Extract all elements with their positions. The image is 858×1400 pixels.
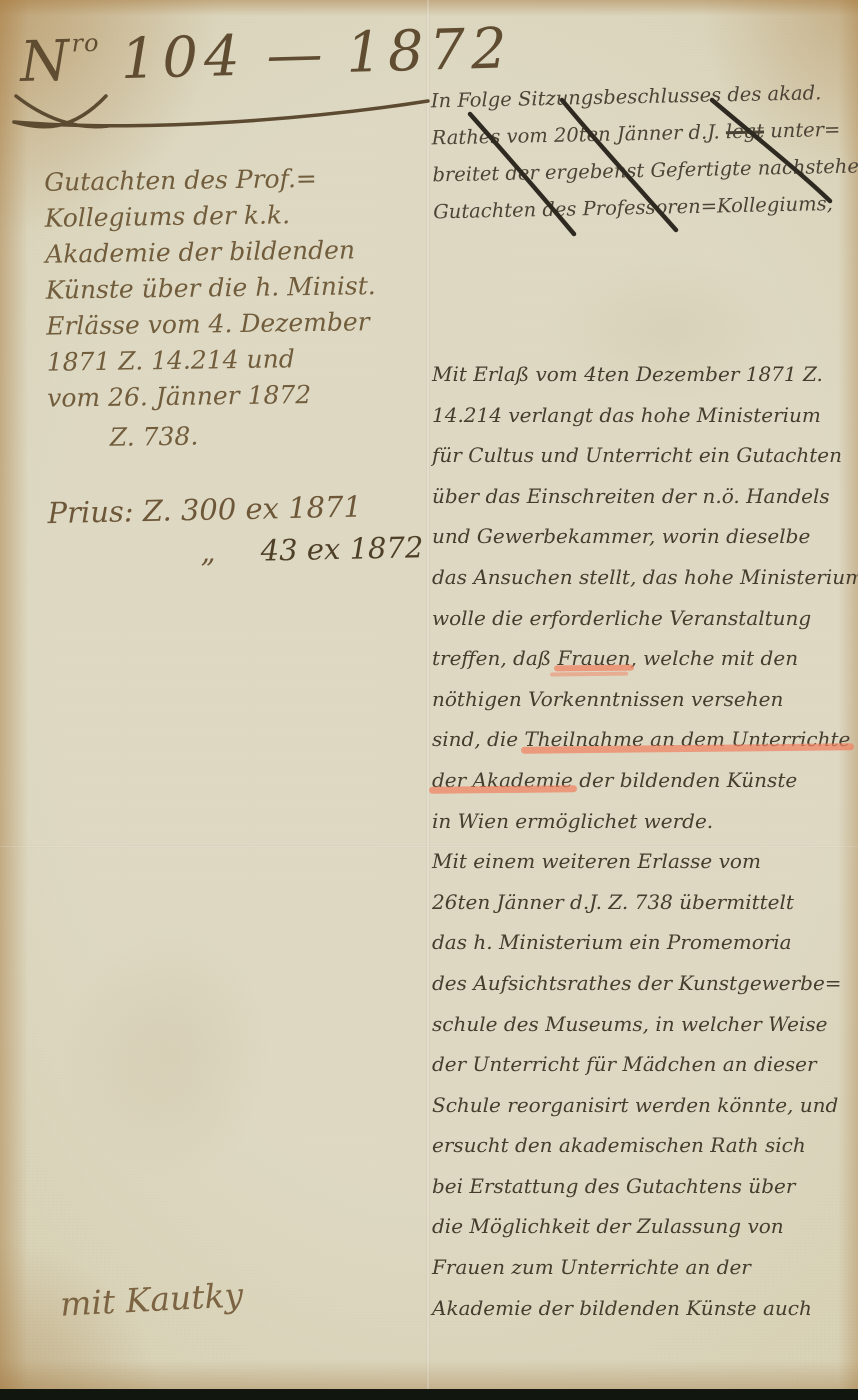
header-dash: — — [266, 21, 327, 88]
prius-value-1871: Z. 300 ex 1871 — [142, 490, 362, 529]
text-segment: der bildenden Künste — [573, 768, 797, 792]
summary-line: Erlässe vom 4. Dezember — [46, 303, 431, 344]
page-edge-shading-top — [0, 0, 858, 16]
summary-line: vom 26. Jänner 1872 — [47, 375, 432, 416]
summary-line: Künste über die h. Minist. — [45, 267, 430, 308]
signature: mit Kautky — [59, 1275, 244, 1324]
red-underlined-phrase-akademie: der Akademie — [432, 768, 573, 792]
prius-line: „ 43 ex 1872 — [48, 526, 439, 576]
text-line: und Gewerbekammer, worin dieselbe — [432, 516, 856, 557]
page-edge-shading-bottom — [0, 1360, 858, 1390]
text-segment: , welche mit den — [630, 646, 798, 670]
text-segment: sind, die — [432, 727, 524, 751]
text-line: 26ten Jänner d.J. Z. 738 übermittelt — [432, 882, 856, 923]
text-line: nöthigen Vorkenntnissen versehen — [432, 679, 856, 720]
prius-reference-block: Prius: Z. 300 ex 1871 „ 43 ex 1872 — [47, 484, 439, 576]
ditto-mark: „ — [200, 535, 216, 569]
text-line: für Cultus und Unterricht ein Gutachten — [432, 435, 856, 476]
summary-line: Gutachten des Prof.= — [44, 159, 429, 200]
struck-word: legt — [726, 119, 765, 143]
text-line: der Unterricht für Mädchen an dieser — [432, 1044, 856, 1085]
main-text-paragraph: Mit Erlaß vom 4ten Dezember 1871 Z. 14.2… — [432, 354, 856, 1328]
red-underlined-phrase-theilnahme: Theilnahme an dem Unterrichte — [524, 727, 850, 751]
summary-line: 1871 Z. 14.214 und — [46, 339, 431, 380]
crossed-note-line: Gutachten des Professoren=Kollegiums, — [433, 185, 856, 231]
text-line: des Aufsichtsrathes der Kunstgewerbe= — [432, 963, 856, 1004]
text-line: schule des Museums, in welcher Weise — [432, 1004, 856, 1045]
text-line: in Wien ermöglichet werde. — [432, 801, 856, 842]
summary-line: Akademie der bildenden — [45, 231, 430, 272]
page-bottom-edge — [0, 1389, 858, 1400]
crossed-note-segment: unter= — [764, 118, 841, 143]
text-line: Mit einem weiteren Erlasse vom — [432, 841, 856, 882]
text-line: Mit Erlaß vom 4ten Dezember 1871 Z. — [432, 354, 856, 395]
header-superscript: ro — [71, 29, 100, 58]
prius-label: Prius: — [47, 494, 134, 530]
crossed-out-note: In Folge Sitzungsbeschlusses des akad. R… — [430, 74, 855, 231]
text-line: treffen, daß Frauen, welche mit den — [432, 638, 856, 679]
left-annotation-summary: Gutachten des Prof.= Kollegiums der k.k.… — [44, 159, 433, 456]
text-line: Akademie der bildenden Künste auch — [432, 1288, 856, 1329]
red-underlined-word-frauen: Frauen — [557, 646, 630, 670]
header-prefix: N — [19, 29, 73, 95]
document-number-header: Nro 104 — 1872 — [19, 18, 451, 95]
text-line: das h. Ministerium ein Promemoria — [432, 922, 856, 963]
text-line: Frauen zum Unterrichte an der — [432, 1247, 856, 1288]
text-line: bei Erstattung des Gutachtens über — [432, 1166, 856, 1207]
text-line: ersucht den akademischen Rath sich — [432, 1125, 856, 1166]
text-line: Schule reorganisirt werden könnte, und — [432, 1085, 856, 1126]
text-line: der Akademie der bildenden Künste — [432, 760, 856, 801]
text-line: 14.214 verlangt das hohe Ministerium — [432, 395, 856, 436]
crossed-note-segment: Rathes vom 20ten Jänner d.J. — [431, 120, 726, 149]
header-underline-flourish — [14, 96, 428, 127]
manuscript-page: Nro 104 — 1872 Gutachten des Prof.= Koll… — [0, 0, 858, 1400]
summary-line: Kollegiums der k.k. — [44, 195, 429, 236]
text-line: über das Einschreiten der n.ö. Handels — [432, 476, 856, 517]
text-line: das Ansuchen stellt, das hohe Ministeriu… — [432, 557, 856, 598]
page-edge-shading-left — [0, 0, 28, 1400]
paper-stain — [60, 920, 280, 1180]
header-year: 1872 — [345, 16, 513, 86]
text-line: sind, die Theilnahme an dem Unterrichte — [432, 719, 856, 760]
text-segment: treffen, daß — [432, 646, 557, 670]
text-line: wolle die erforderliche Veranstaltung — [432, 598, 856, 639]
prius-value-1872: 43 ex 1872 — [260, 530, 423, 567]
header-number: 104 — [120, 24, 247, 92]
summary-line: Z. 738. — [47, 411, 433, 456]
text-line: die Möglichkeit der Zulassung von — [432, 1206, 856, 1247]
